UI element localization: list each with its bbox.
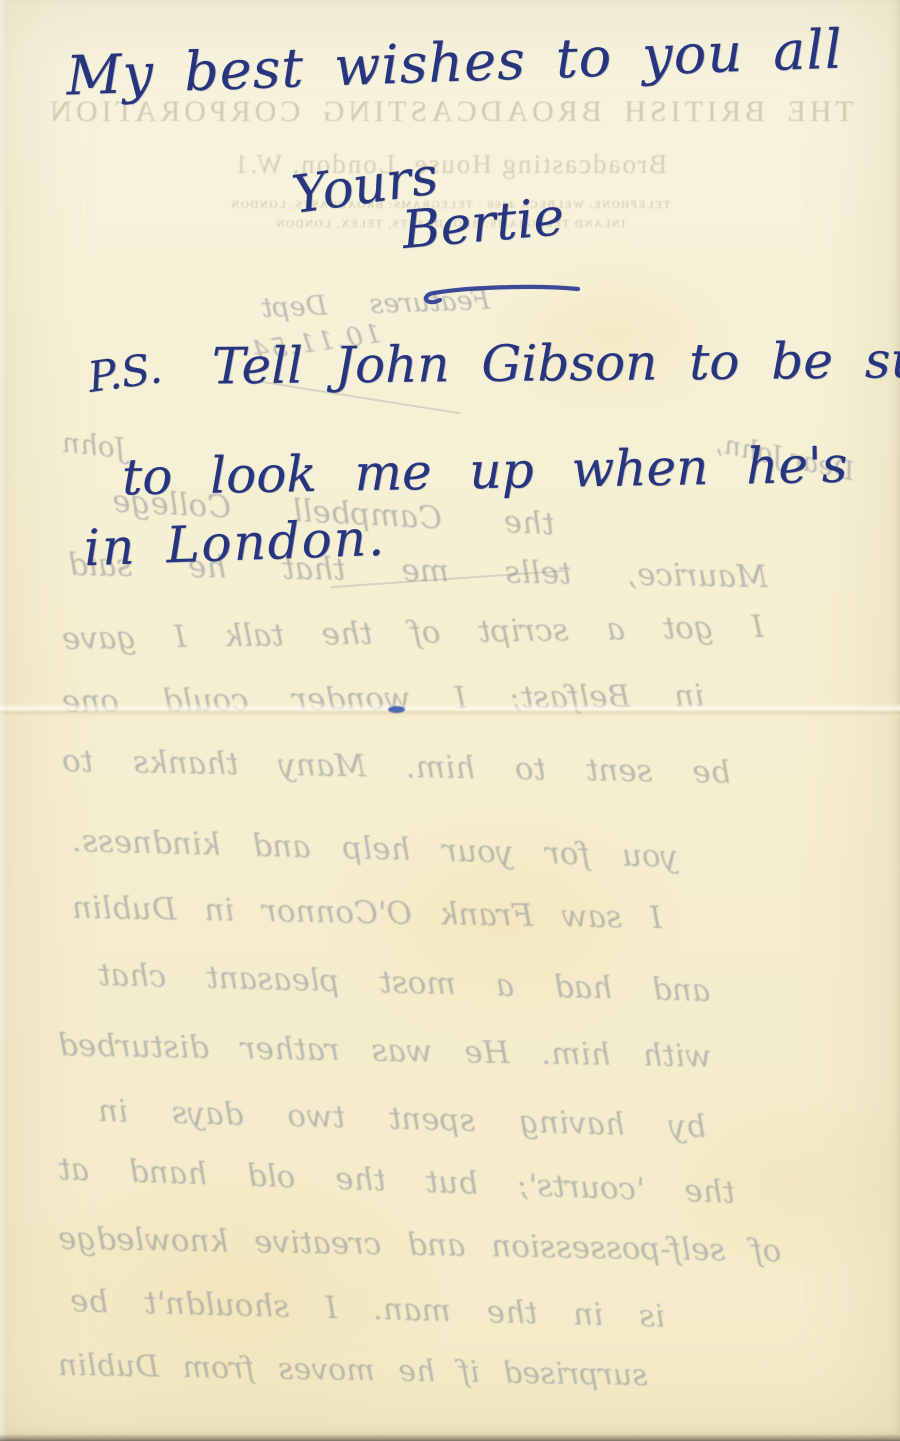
bleedthrough-line: you for your help and kindness. [72,826,679,873]
ps-line: in London. [83,513,386,574]
bleedthrough-line: I got a script of the talk I gave [62,612,764,655]
ink-blot [388,706,405,713]
bleedthrough-fragment: John [61,429,128,464]
bleedthrough-line: of self-possession and creative knowledg… [58,1224,782,1268]
bleedthrough-line: I saw Frank O'Connor in Dublin [72,893,663,934]
handwriting-opening-line: My best wishes to you all [65,22,843,103]
bleedthrough-line: and had a most pleasant chat [98,960,711,1007]
bleedthrough-line: the 'courts'; but the old hand at [58,1154,736,1209]
bleedthrough-line: surprised if he moves from Dublin [58,1351,648,1391]
ps-label: P.S. [85,347,164,399]
signature: Bertie [400,191,566,257]
bleedthrough-line: with him. He was rather disturbed [58,1030,712,1072]
photo-bottom-edge [0,1434,900,1441]
bleedthrough-letterhead-address: Broadcasting House, London, W.1 [0,151,900,178]
bleedthrough-line: is in the man. I shouldn't be [70,1286,666,1333]
letter-photograph: THE BRITISH BROADCASTING CORPORATION Bro… [0,0,900,1441]
photo-left-edge [0,0,7,1441]
bleedthrough-line: be sent to him. Many thanks to [62,746,731,789]
signature-flourish [414,279,584,311]
fold-crease [0,703,900,719]
ps-line: to look me up when he's [122,440,848,503]
ps-line: Tell John Gibson to be sure [212,335,900,392]
bleedthrough-line: by having spent two days in [98,1096,707,1143]
